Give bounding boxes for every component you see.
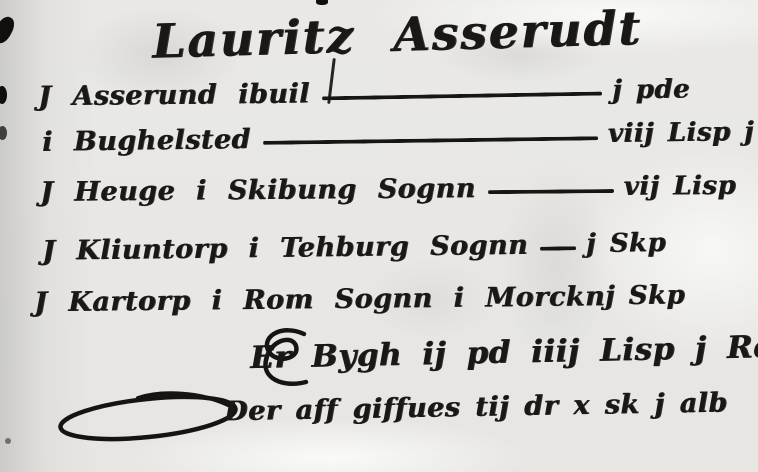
amount-value: viij Lisp j <box>608 118 755 150</box>
ruled-dash <box>322 92 602 101</box>
register-entry: i Bughelsted viij Lisp j <box>42 117 754 158</box>
place-name: J Asserund ibuil <box>38 79 310 113</box>
register-entry: J Kartorp i Rom Sognn i Morckn j Skp <box>34 281 666 319</box>
flourish-oval-icon <box>52 388 252 446</box>
ruled-dash <box>540 246 576 250</box>
place-name: i Bughelsted <box>42 124 251 158</box>
amount-value: vij Lisp <box>623 172 736 203</box>
scan-artifact-bottom-dot <box>5 438 11 444</box>
amount-value: j pde <box>612 76 690 107</box>
ruled-dash <box>263 136 598 145</box>
scan-artifact-left-blot <box>0 86 7 104</box>
scan-artifact-corner-mark <box>0 14 18 46</box>
manuscript-page: Lauritz Asserudt J Asserund ibuil j pde … <box>0 0 758 472</box>
place-name: J Kliuntorp i Tehburg Sognn <box>42 230 528 267</box>
scan-artifact-top-nick <box>316 0 328 5</box>
place-name: J Heuge i Skibung Sognn <box>40 173 476 208</box>
register-entry: J Heuge i Skibung Sognn vij Lisp <box>40 171 736 208</box>
summary-tax-line: Der aff giffues tij dr x sk j alb <box>224 388 728 428</box>
summary-total-line: Er Bygh ij pd iiij Lisp j Remal <box>250 328 758 376</box>
register-entry: J Asserund ibuil j pde <box>38 75 690 113</box>
place-name: J Kartorp i Rom Sognn i Morckn <box>34 281 605 318</box>
document-title: Lauritz Asserudt <box>151 3 642 68</box>
amount-value: j Skp <box>586 229 666 260</box>
scan-artifact-left-blot-2 <box>0 126 7 140</box>
register-entry: J Kliuntorp i Tehburg Sognn j Skp <box>42 228 666 267</box>
amount-value: j Skp <box>605 282 685 313</box>
ruled-dash <box>488 189 614 194</box>
